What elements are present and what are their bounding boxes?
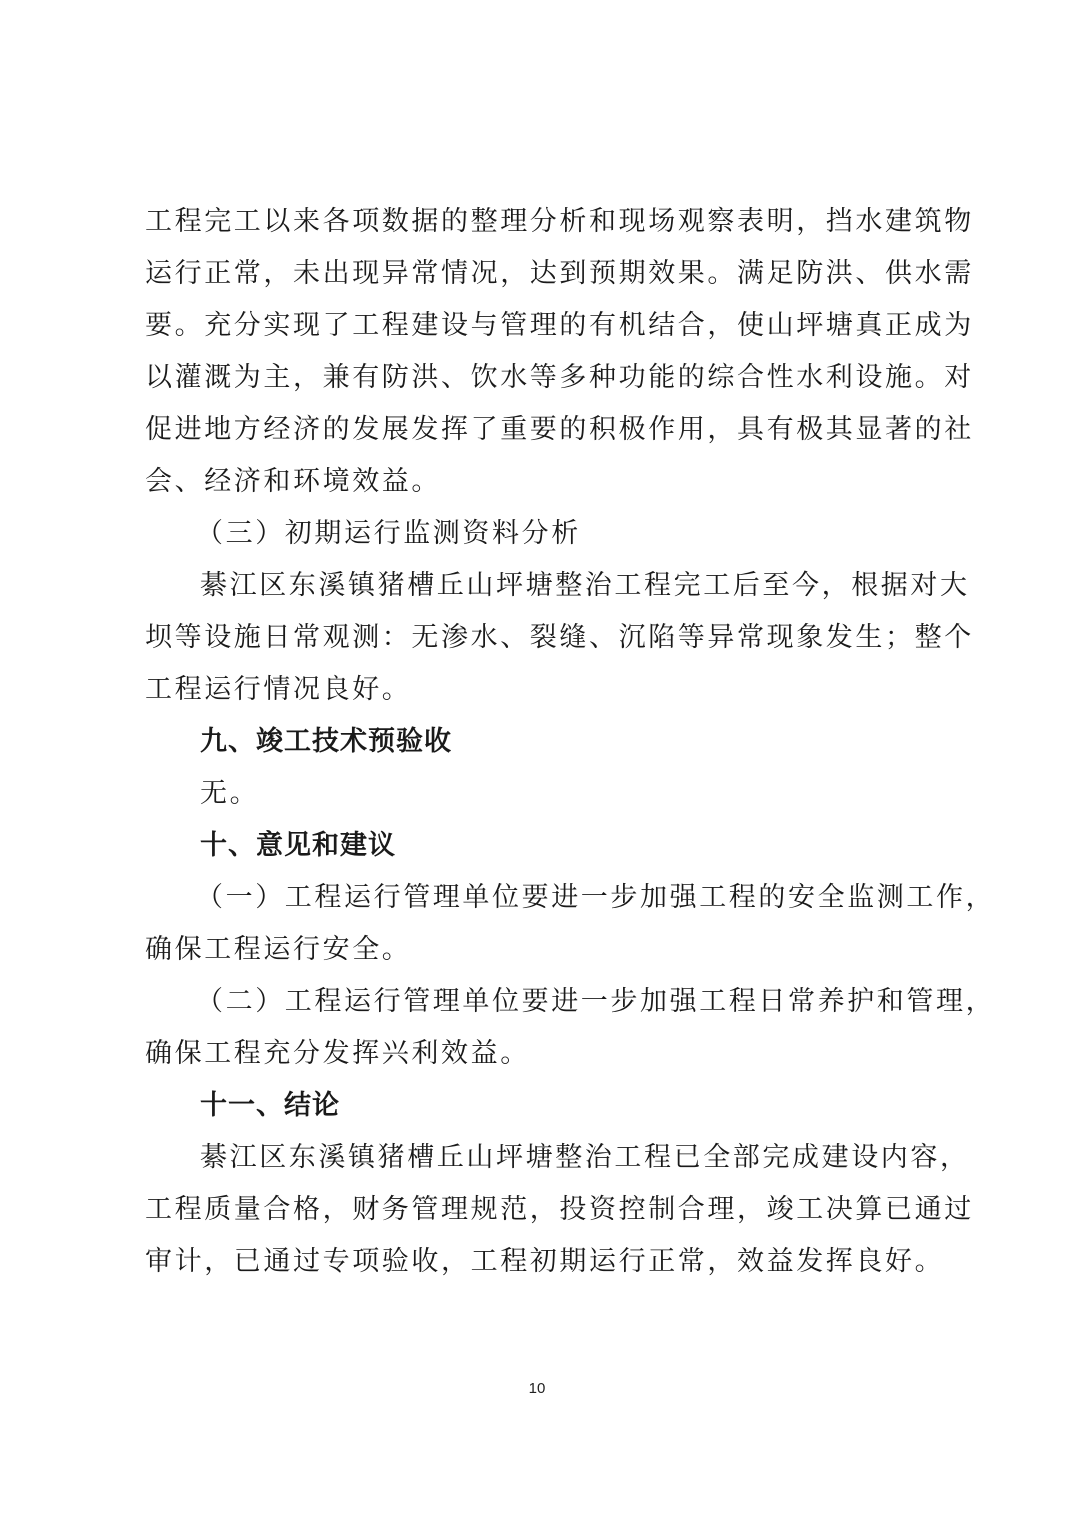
paragraph-line: 要。充分实现了工程建设与管理的有机结合，使山坪塘真正成为 [145, 309, 974, 343]
paragraph-line: 綦江区东溪镇猪槽丘山坪塘整治工程完工后至今，根据对大 [200, 569, 970, 603]
section-heading: 十、意见和建议 [200, 829, 396, 863]
paragraph-line: 坝等设施日常观测：无渗水、裂缝、沉陷等异常现象发生；整个 [145, 621, 974, 655]
document-page: 工程完工以来各项数据的整理分析和现场观察表明，挡水建筑物 运行正常，未出现异常情… [0, 0, 1074, 1520]
paragraph-line: 审计，已通过专项验收，工程初期运行正常，效益发挥良好。 [145, 1245, 944, 1279]
paragraph-line: 确保工程充分发挥兴利效益。 [145, 1037, 530, 1071]
paragraph-line: （二）工程运行管理单位要进一步加强工程日常养护和管理， [196, 985, 995, 1019]
paragraph-line: 促进地方经济的发展发挥了重要的积极作用，具有极其显著的社 [145, 413, 974, 447]
page-number: 10 [0, 1380, 1074, 1397]
paragraph-line: （一）工程运行管理单位要进一步加强工程的安全监测工作， [196, 881, 995, 915]
paragraph-line: 工程质量合格，财务管理规范，投资控制合理，竣工决算已通过 [145, 1193, 974, 1227]
paragraph-line: 确保工程运行安全。 [145, 933, 411, 967]
subsection-heading: （三）初期运行监测资料分析 [196, 517, 581, 551]
paragraph-line: 会、经济和环境效益。 [145, 465, 441, 499]
paragraph-line: 工程运行情况良好。 [145, 673, 411, 707]
paragraph-line: 工程完工以来各项数据的整理分析和现场观察表明，挡水建筑物 [145, 205, 974, 239]
paragraph-line: 无。 [200, 777, 259, 811]
paragraph-line: 以灌溉为主，兼有防洪、饮水等多种功能的综合性水利设施。对 [145, 361, 974, 395]
section-heading: 十一、结论 [200, 1089, 340, 1123]
section-heading: 九、竣工技术预验收 [200, 725, 452, 759]
paragraph-line: 綦江区东溪镇猪槽丘山坪塘整治工程已全部完成建设内容， [200, 1141, 970, 1175]
paragraph-line: 运行正常，未出现异常情况，达到预期效果。满足防洪、供水需 [145, 257, 974, 291]
